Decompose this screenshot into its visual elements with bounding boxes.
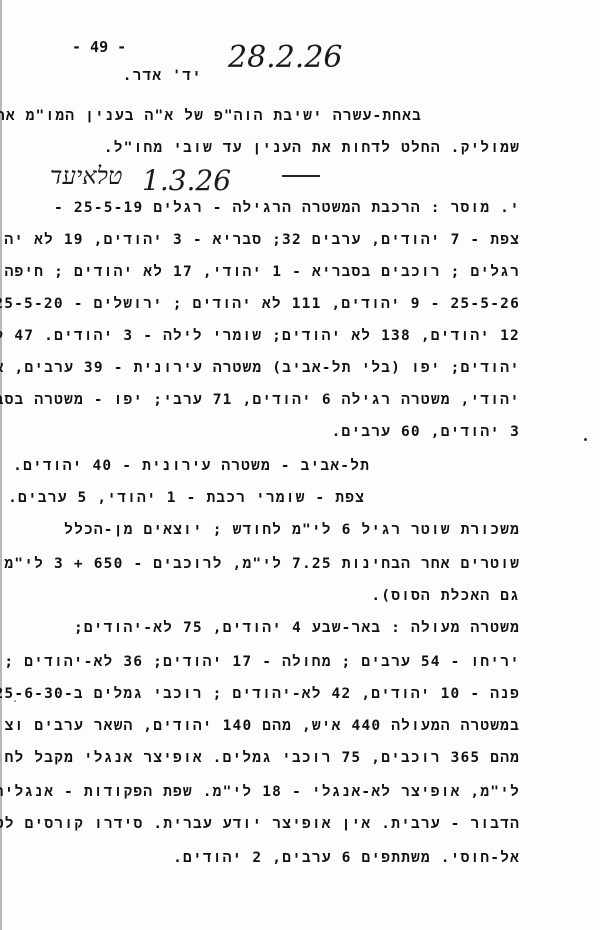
handwritten-signature: טלאיעד <box>50 162 122 191</box>
text-line: משטרה מעולה : באר-שבע 4 יהודים, 75 לא-יה… <box>74 620 520 637</box>
text-line: פנה - 10 יהודים, 42 לא-יהודים ; רוכבי גמ… <box>0 686 520 703</box>
text-line: גם האכלת הסוס). <box>371 588 520 605</box>
text-line: 12 יהודים, 138 לא יהודים; שומרי לילה - 3… <box>0 328 520 345</box>
text-line: צפת - 7 יהודים, ערבים 32; סבריא - 3 יהוד… <box>0 232 520 249</box>
handwritten-date-second: 1.3.26 <box>142 164 231 197</box>
page-number: - 49 - <box>72 38 126 56</box>
text-line: יד' אדר. <box>123 68 202 85</box>
handwritten-date-top: 28.2.26 <box>228 40 343 75</box>
text-line: באחת-עשרה ישיבת הוה"פ של א"ה בענין המו"מ… <box>0 108 422 125</box>
text-line: לי"מ, אופיצר לא-אנגלי - 18 לי"מ. שפת הפק… <box>0 784 520 801</box>
text-line: במשטרה המעולה 440 איש, מהם 140 יהודים, ה… <box>0 718 520 735</box>
text-line: רגלים ; רוכבים בסבריא - 1 יהודי, 17 לא י… <box>0 264 520 281</box>
margin-mark <box>584 438 587 441</box>
text-line: יריחו - 54 ערבים ; מחולה - 17 יהודים; 36… <box>0 654 520 671</box>
text-line: שמוליק. החלט לדחות את הענין עד שובי מחו"… <box>104 140 520 157</box>
separator-line <box>282 175 320 177</box>
text-line: תל-אביב - משטרה עירונית - 40 יהודים. <box>13 458 370 475</box>
text-line: יהודים; יפו (בלי תל-אביב) משטרה עירונית … <box>0 360 520 377</box>
text-line: 3 יהודים, 60 ערבים. <box>332 424 520 441</box>
text-line: הדבור - ערבית. אין אופיצר יודע עברית. סי… <box>0 816 520 833</box>
text-line: י. מוסר : הרכבת המשטרה הרגילה - רגלים 25… <box>54 200 520 217</box>
text-line: מהם 365 רוכבים, 75 רוכבי גמלים. אופיצר א… <box>0 750 520 767</box>
text-line: צפת - שומרי רכבת - 1 יהודי, 5 ערבים. <box>8 490 365 507</box>
text-line: אל-חוסי. משתתפים 6 ערבים, 2 יהודים. <box>173 850 520 867</box>
text-line: משכורת שוטר רגיל 6 לי"מ לחודש ; יוצאים מ… <box>64 522 520 539</box>
text-line: 25-5-26 - 9 יהודים, 111 לא יהודים ; ירוש… <box>0 296 520 313</box>
text-line: יהודי, משטרה רגילה 6 יהודים, 71 ערבי; יפ… <box>0 392 520 409</box>
text-line: שוטרים אחר הבחינות 7.25 לי"מ, לרוכבים - … <box>0 556 520 573</box>
